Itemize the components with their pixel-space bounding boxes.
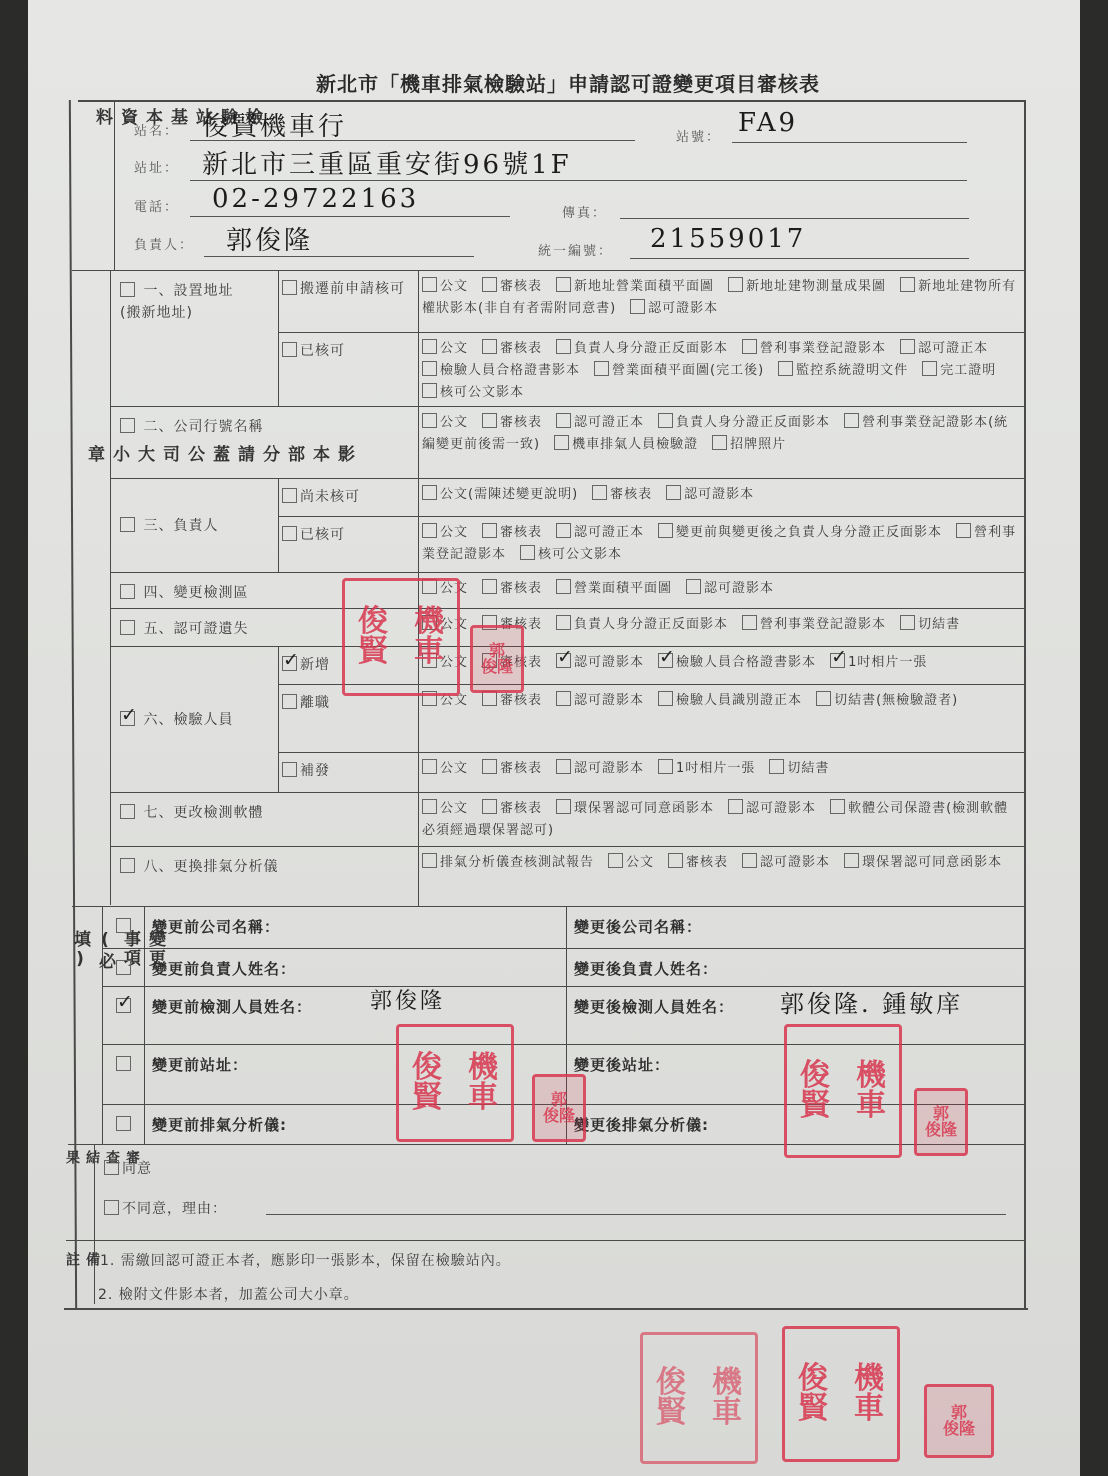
document-checkbox[interactable] [422,799,437,814]
change-before-value[interactable]: 郭俊隆 [370,984,445,1015]
company-seal: 俊賢機車 [396,1024,514,1142]
document-option[interactable]: 認可證影本 [742,855,830,870]
document-label: 監控系統證明文件 [796,363,908,378]
document-checkbox[interactable] [742,615,757,630]
person-seal: 郭俊隆 [470,625,524,693]
item-checkbox[interactable] [120,517,135,532]
item-4[interactable]: 四、變更檢測區 [120,582,248,604]
item-checkbox[interactable] [120,620,135,635]
document-option[interactable]: 切結書 [769,761,829,776]
item-7[interactable]: 七、更改檢測軟體 [120,802,263,824]
document-checkbox[interactable] [922,361,937,376]
change-row-checkbox[interactable] [116,960,131,975]
item-checkbox[interactable] [120,282,135,297]
document-label: 認可證正本 [574,525,644,540]
document-checkbox[interactable] [658,523,673,538]
required-documents: 排氣分析儀查核測試報告公文審核表認可證影本環保署認可同意函影本 [422,852,1018,874]
sub-label: 已核可 [300,343,345,359]
company-seal: 俊賢機車 [640,1332,758,1464]
document-option[interactable]: 1吋相片一張 [658,761,755,776]
document-checkbox[interactable] [728,277,743,292]
document-checkbox[interactable] [556,691,571,706]
document-option[interactable]: 環保署認可同意函影本 [556,801,714,816]
note-line-2: 2. 檢附文件影本者，加蓋公司大小章。 [98,1284,359,1304]
document-label: 公文 [440,341,468,356]
document-option[interactable]: 完工證明 [922,363,996,378]
sub-label: 尚未核可 [300,489,360,505]
phone-value[interactable]: 02-29722163 [212,184,419,214]
document-label: 核可公文影本 [538,547,622,562]
document-checkbox[interactable] [556,615,571,630]
document-label: 認可證影本 [574,655,644,670]
item-label: 二、公司行號名稱 [138,419,263,435]
item-6[interactable]: 六、檢驗人員 [120,709,233,731]
document-label: 審核表 [610,487,652,502]
document-label: 審核表 [500,761,542,776]
document-option[interactable]: 審核表 [482,801,542,816]
document-option[interactable]: 認可證影本 [728,801,816,816]
document-label: 認可證正本 [574,415,644,430]
document-option[interactable]: 公文 [422,341,468,356]
document-option[interactable]: 公文 [608,855,654,870]
document-label: 營業面積平面圖 [574,581,672,596]
document-checkbox[interactable] [422,339,437,354]
change-after-label: 變更後排氣分析儀: [574,1114,709,1135]
document-option[interactable]: 審核表 [482,693,542,708]
change-row-checkbox[interactable] [116,918,131,933]
document-checkbox[interactable] [900,277,915,292]
change-row-checkbox[interactable] [116,1116,131,1131]
document-label: 排氣分析儀查核測試報告 [440,855,594,870]
owner-value[interactable]: 郭俊隆 [226,220,313,257]
document-option[interactable]: 營利事業登記證影本 [742,617,886,632]
sub-checkbox[interactable] [282,342,297,357]
document-checkbox[interactable] [422,853,437,868]
item-checkbox[interactable] [120,804,135,819]
document-option[interactable]: 審核表 [482,761,542,776]
document-checkbox[interactable] [900,339,915,354]
document-option[interactable]: 檢驗人員合格證書影本 [658,655,816,670]
document-label: 切結書(無檢驗證者) [834,693,958,708]
document-option[interactable]: 認可證影本 [686,581,774,596]
change-before-label: 變更前檢測人員姓名： [152,996,312,1017]
document-option[interactable]: 審核表 [482,525,542,540]
change-after-label: 變更後站址： [574,1054,670,1075]
document-checkbox[interactable] [686,579,701,594]
document-label: 營利事業登記證影本 [760,341,886,356]
document-checkbox[interactable] [556,579,571,594]
document-option[interactable]: 檢驗人員識別證正本 [658,693,802,708]
document-option[interactable]: 核可公文影本 [422,385,524,400]
change-before-label: 變更前公司名稱： [152,916,280,937]
document-label: 檢驗人員識別證正本 [676,693,802,708]
required-documents: 公文審核表負責人身分證正反面影本營利事業登記證影本認可證正本檢驗人員合格證書影本… [422,338,1018,404]
document-checkbox[interactable] [554,435,569,450]
document-label: 認可證影本 [574,761,644,776]
divider [144,906,145,1144]
document-option[interactable]: 公文 [422,761,468,776]
document-checkbox[interactable] [556,759,571,774]
document-label: 1吋相片一張 [848,655,927,670]
reason-input[interactable] [266,1214,1006,1215]
item-checkbox[interactable] [120,858,135,873]
document-option[interactable]: 檢驗人員合格證書影本 [422,363,580,378]
document-option[interactable]: 核可公文影本 [520,547,622,562]
required-documents: 公文審核表認可證正本負責人身分證正反面影本營利事業登記證影本(統編變更前後需一致… [422,412,1018,456]
required-documents: 公文審核表環保署認可同意函影本認可證影本軟體公司保證書(檢測軟體必須經過環保署認… [422,798,1018,842]
document-label: 機車排氣人員檢驗證 [572,437,698,452]
document-checkbox[interactable] [556,523,571,538]
document-option[interactable]: 負責人身分證正反面影本 [556,617,728,632]
document-option[interactable]: 公文(需陳述變更說明) [422,487,578,502]
document-checkbox[interactable] [482,523,497,538]
document-option[interactable]: 認可證影本 [556,761,644,776]
document-label: 審核表 [686,855,728,870]
document-checkbox[interactable] [482,691,497,706]
item-3[interactable]: 三、負責人 [120,515,218,537]
station-no-value[interactable]: FA9 [738,108,798,138]
document-checkbox[interactable] [728,799,743,814]
document-label: 認可證影本 [574,693,644,708]
sub-checkbox[interactable] [282,488,297,503]
document-checkbox[interactable] [520,545,535,560]
document-label: 公文 [440,525,468,540]
item-label: 四、變更檢測區 [138,585,248,601]
document-option[interactable]: 公文 [422,801,468,816]
sub-checkbox[interactable] [282,762,297,777]
document-label: 新地址建物測量成果圖 [746,279,886,294]
document-option[interactable]: 公文 [422,525,468,540]
document-label: 1吋相片一張 [676,761,755,776]
station-no-label: 站號： [676,126,721,145]
station-name-value[interactable]: 俊賢機車行 [202,106,347,143]
change-after-label: 變更後檢測人員姓名： [574,996,734,1017]
document-checkbox[interactable] [742,853,757,868]
document-option[interactable]: 公文 [422,415,468,430]
document-option[interactable]: 審核表 [482,581,542,596]
fax-label: 傳真： [562,202,607,221]
disagree-checkbox[interactable] [104,1200,119,1215]
document-checkbox[interactable] [482,799,497,814]
document-label: 認可證影本 [760,855,830,870]
document-checkbox[interactable] [556,339,571,354]
change-after-value[interactable]: 郭俊隆. 鍾敏庠 [780,984,963,1019]
person-seal: 郭俊隆 [532,1074,586,1142]
document-option[interactable]: 公文 [422,279,468,294]
document-option[interactable]: 營業面積平面圖(完工後) [594,363,764,378]
document-label: 認可證影本 [746,801,816,816]
document-label: 負責人身分證正反面影本 [574,341,728,356]
document-checkbox[interactable] [594,361,609,376]
document-label: 負責人身分證正反面影本 [574,617,728,632]
document-checkbox[interactable] [830,799,845,814]
change-before-label: 變更前站址： [152,1054,248,1075]
sub-label: 搬遷前申請核可 [300,281,405,297]
document-checkbox[interactable] [658,759,673,774]
document-checkbox[interactable] [556,799,571,814]
document-label: 認可證影本 [704,581,774,596]
document-option[interactable]: 新地址建物測量成果圖 [728,279,886,294]
item-sublabel: (搬新地址) [120,302,233,324]
document-checkbox[interactable] [630,299,645,314]
document-label: 審核表 [500,581,542,596]
document-checkbox[interactable] [816,691,831,706]
tax-id-value[interactable]: 21559017 [650,224,806,254]
sub-option[interactable]: 尚未核可 [282,486,414,508]
item-label: 七、更改檢測軟體 [138,805,263,821]
required-documents: 公文審核表認可證影本檢驗人員識別證正本切結書(無檢驗證者) [422,690,1018,712]
agree-checkbox[interactable] [104,1160,119,1175]
document-label: 檢驗人員合格證書影本 [676,655,816,670]
document-checkbox[interactable] [900,615,915,630]
document-label: 審核表 [500,415,542,430]
item-1[interactable]: 一、設置地址(搬新地址) [120,280,233,324]
document-checkbox[interactable] [556,653,571,668]
document-label: 完工證明 [940,363,996,378]
document-option[interactable]: 審核表 [482,279,542,294]
document-option[interactable]: 變更前與變更後之負責人身分證正反面影本 [658,525,942,540]
document-option[interactable]: 切結書 [900,617,960,632]
document-checkbox[interactable] [844,853,859,868]
document-option[interactable]: 排氣分析儀查核測試報告 [422,855,594,870]
document-label: 檢驗人員合格證書影本 [440,363,580,378]
document-checkbox[interactable] [830,653,845,668]
document-checkbox[interactable] [422,485,437,500]
document-label: 公文 [626,855,654,870]
document-label: 認可證正本 [918,341,988,356]
item-label: 五、認可證遺失 [138,621,248,637]
address-value[interactable]: 新北市三重區重安街96號1F [202,144,572,181]
document-checkbox[interactable] [608,853,623,868]
change-row-checkbox[interactable] [116,1056,131,1071]
document-label: 認可證影本 [648,301,718,316]
change-before-label: 變更前排氣分析儀: [152,1114,287,1135]
required-documents: 公文審核表營業面積平面圖認可證影本 [422,578,1018,600]
document-option[interactable]: 認可證正本 [556,525,644,540]
document-option[interactable]: 營業面積平面圖 [556,581,672,596]
document-label: 公文 [440,279,468,294]
document-option[interactable]: 認可證影本 [630,301,718,316]
sub-label: 離職 [300,695,330,711]
document-checkbox[interactable] [482,339,497,354]
sub-option[interactable]: 已核可 [282,340,414,362]
document-checkbox[interactable] [658,653,673,668]
sub-checkbox[interactable] [282,694,297,709]
document-checkbox[interactable] [844,413,859,428]
item-2[interactable]: 二、公司行號名稱 [120,416,263,438]
document-label: 審核表 [500,693,542,708]
document-checkbox[interactable] [422,383,437,398]
document-option[interactable]: 認可證影本 [556,693,644,708]
document-label: 審核表 [500,279,542,294]
document-option[interactable]: 招牌照片 [712,437,786,452]
document-option[interactable]: 審核表 [482,415,542,430]
document-label: 公文 [440,415,468,430]
item-checkbox[interactable] [120,418,135,433]
document-label: 切結書 [787,761,829,776]
person-seal: 郭俊隆 [914,1088,968,1156]
document-option[interactable]: 機車排氣人員檢驗證 [554,437,698,452]
sub-checkbox[interactable] [282,526,297,541]
agree-label: 同意 [122,1161,152,1177]
item-label: 六、檢驗人員 [138,712,233,728]
document-checkbox[interactable] [742,339,757,354]
document-label: 審核表 [500,341,542,356]
change-after-label: 變更後公司名稱： [574,916,702,937]
item-5[interactable]: 五、認可證遺失 [120,618,248,640]
agree-option[interactable]: 同意 [104,1158,152,1178]
document-label: 營業面積平面圖(完工後) [612,363,764,378]
sub-option[interactable]: 補發 [282,760,414,782]
document-checkbox[interactable] [778,361,793,376]
document-label: 新地址營業面積平面圖 [574,279,714,294]
document-label: 核可公文影本 [440,385,524,400]
document-checkbox[interactable] [666,485,681,500]
document-label: 變更前與變更後之負責人身分證正反面影本 [676,525,942,540]
document-checkbox[interactable] [556,413,571,428]
item-label: 一、設置地址 [138,283,233,299]
document-label: 環保署認可同意函影本 [862,855,1002,870]
document-option[interactable]: 負責人身分證正反面影本 [556,341,728,356]
company-seal: 俊賢機車 [784,1024,902,1158]
sub-checkbox[interactable] [282,280,297,295]
required-documents: 公文審核表認可證影本1吋相片一張切結書 [422,758,1018,780]
document-checkbox[interactable] [956,523,971,538]
document-checkbox[interactable] [658,691,673,706]
station-name-label: 站名： [134,120,179,139]
document-option[interactable]: 監控系統證明文件 [778,363,908,378]
document-option[interactable]: 審核表 [592,487,652,502]
document-label: 切結書 [918,617,960,632]
document-label: 公文 [440,801,468,816]
document-option[interactable]: 營利事業登記證影本 [742,341,886,356]
document-option[interactable]: 1吋相片一張 [830,655,927,670]
address-label: 站址： [134,157,179,176]
document-label: 環保署認可同意函影本 [574,801,714,816]
required-documents: 公文(需陳述變更說明)審核表認可證影本 [422,484,1018,506]
person-seal: 郭俊隆 [924,1384,994,1458]
sub-checkbox[interactable] [282,656,297,671]
divider [102,948,1024,949]
item-8[interactable]: 八、更換排氣分析儀 [120,856,278,878]
divider [102,906,103,1144]
document-checkbox[interactable] [482,579,497,594]
document-label: 審核表 [500,801,542,816]
document-option[interactable]: 切結書(無檢驗證者) [816,693,958,708]
document-label: 招牌照片 [730,437,786,452]
document-option[interactable]: 認可證正本 [900,341,988,356]
copies-section-label: 影本部分請蓋公司大小章 [82,445,357,464]
document-option[interactable]: 環保署認可同意函影本 [844,855,1002,870]
document-checkbox[interactable] [712,435,727,450]
document-option[interactable]: 認可證影本 [556,655,644,670]
required-documents: 公文審核表新地址營業面積平面圖新地址建物測量成果圖新地址建物所有權狀影本(非自有… [422,276,1018,320]
document-label: 認可證影本 [684,487,754,502]
document-checkbox[interactable] [769,759,784,774]
change-after-label: 變更後負責人姓名： [574,958,718,979]
document-checkbox[interactable] [668,853,683,868]
sub-option[interactable]: 已核可 [282,524,414,546]
item-checkbox[interactable] [120,711,135,726]
sub-option[interactable]: 搬遷前申請核可 [282,278,414,300]
item-label: 三、負責人 [138,518,218,534]
disagree-option[interactable]: 不同意，理由： [104,1198,227,1218]
document-checkbox[interactable] [422,277,437,292]
document-option[interactable]: 新地址營業面積平面圖 [556,279,714,294]
document-checkbox[interactable] [422,413,437,428]
document-checkbox[interactable] [482,277,497,292]
document-label: 公文 [440,761,468,776]
document-checkbox[interactable] [658,413,673,428]
document-option[interactable]: 審核表 [668,855,728,870]
sub-label: 補發 [300,763,330,779]
document-checkbox[interactable] [422,759,437,774]
change-row-checkbox[interactable] [116,998,131,1013]
document-option[interactable]: 認可證影本 [666,487,754,502]
note-line-1: 1. 需繳回認可證正本者，應影印一張影本，保留在檢驗站內。 [100,1250,511,1270]
document-option[interactable]: 負責人身分證正反面影本 [658,415,830,430]
document-label: 審核表 [500,525,542,540]
document-label: 負責人身分證正反面影本 [676,415,830,430]
tax-id-label: 統一編號： [538,240,613,259]
phone-label: 電話： [134,196,179,215]
form-title: 新北市「機車排氣檢驗站」申請認可證變更項目審核表 [208,68,928,97]
document-checkbox[interactable] [422,523,437,538]
required-documents: 公文審核表認可證正本變更前與變更後之負責人身分證正反面影本營利事業登記證影本核可… [422,522,1018,566]
document-checkbox[interactable] [482,759,497,774]
company-seal: 俊賢機車 [342,578,460,696]
document-checkbox[interactable] [556,277,571,292]
document-option[interactable]: 認可證正本 [556,415,644,430]
item-label: 八、更換排氣分析儀 [138,859,278,875]
sub-label: 已核可 [300,527,345,543]
change-before-label: 變更前負責人姓名： [152,958,296,979]
document-checkbox[interactable] [422,361,437,376]
document-label: 公文(需陳述變更說明) [440,487,578,502]
notes-section-label: 備註 [62,1252,102,1268]
document-checkbox[interactable] [592,485,607,500]
owner-label: 負責人： [134,234,194,253]
company-seal: 俊賢機車 [782,1326,900,1462]
sub-label: 新增 [300,657,330,673]
item-checkbox[interactable] [120,584,135,599]
document-checkbox[interactable] [482,413,497,428]
disagree-label: 不同意，理由： [122,1201,227,1217]
document-label: 營利事業登記證影本 [760,617,886,632]
document-option[interactable]: 審核表 [482,341,542,356]
